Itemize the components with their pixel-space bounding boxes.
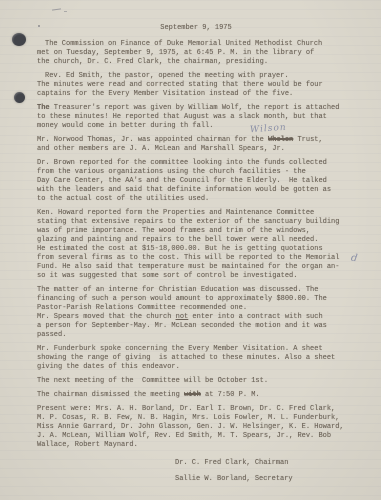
punch-hole-bottom [14, 92, 25, 103]
document-line: J. A. McLean, William Wolf, Rev. Ed Smit… [37, 432, 355, 441]
document-line: with the leaders and said that definite … [37, 186, 355, 195]
underlined-word: not [176, 313, 189, 321]
line-text: Mr. Norwood Thomas, Jr. was appointed ch… [37, 136, 268, 144]
document-line: Mr. Funderburk spoke concerning the Ever… [37, 345, 355, 354]
line-text: Mr. Spears moved that the church [37, 313, 176, 321]
document-line: The minutes were read and corrected stat… [37, 81, 355, 90]
document-line: The chairman dismissed the meeting with … [37, 391, 355, 400]
line-text: The chairman dismissed the meeting [37, 391, 184, 399]
signature-chairman: Dr. C. Fred Clark, Chairman [175, 459, 355, 468]
document-line: He estimated the cost at $15-18,000.00. … [37, 245, 355, 254]
overtyped-word: The [37, 104, 50, 112]
document-line: showing the range of giving is attached … [37, 354, 355, 363]
document-line: from the various organizations using the… [37, 168, 355, 177]
document-line: Day Care Center, the AA's and the Counci… [37, 177, 355, 186]
document-line: the church, Dr. C. Fred Clark, the chair… [37, 58, 355, 67]
document-line: The next meeting of the Committee will b… [37, 377, 355, 386]
document-line: The Commission on Finance of Duke Memori… [37, 40, 355, 49]
document-line: financing of such a person would amount … [37, 295, 355, 304]
document-line: The Treasurer's report was given by Will… [37, 104, 355, 113]
document-line: to these minutes! He reported that Augus… [37, 113, 355, 122]
line-text: at 7:50 P. M. [201, 391, 260, 399]
document-line: to the actual cost of the utilities used… [37, 195, 355, 204]
document-line: met on Tuesday, September 9, 1975, at 6:… [37, 49, 355, 58]
document-line: Ken. Howard reported form the Properties… [37, 209, 355, 218]
document-line: a person for September-May. Mr. McLean s… [37, 322, 355, 331]
punch-hole-top [12, 33, 26, 46]
paragraph-treasurer-report: The Treasurer's report was given by Will… [37, 104, 355, 131]
document-line: from several firms as to the cost. This … [37, 254, 355, 263]
document-line: was of prime importance. The wood frames… [37, 227, 355, 236]
document-line: captains for the Every Member Visitation… [37, 90, 355, 99]
paragraph-opening: The Commission on Finance of Duke Memori… [37, 40, 355, 67]
document-line: Rev. Ed Smith, the pastor, opened the me… [37, 72, 355, 81]
document-line: The matter of an interne for Christian E… [37, 286, 355, 295]
struck-word: with [184, 391, 201, 399]
paragraph-attendance: Present were: Mrs. A. H. Borland, Dr. Ea… [37, 405, 355, 450]
pencil-scribble [64, 11, 67, 12]
document-line: Fund. He also said that temperature must… [37, 263, 355, 272]
document-line: Present were: Mrs. A. H. Borland, Dr. Ea… [37, 405, 355, 414]
document-page: Wilson d September 9, 1975 The Commissio… [0, 0, 381, 500]
paragraph-adjournment: The chairman dismissed the meeting with … [37, 391, 355, 400]
signature-block: Dr. C. Fred Clark, Chairman Sallie W. Bo… [175, 459, 355, 484]
document-line: Pastor-Parish Relations Committee recomm… [37, 304, 355, 313]
document-line: stating that extensive repairs to the ex… [37, 218, 355, 227]
signature-secretary: Sallie W. Borland, Secretary [175, 475, 355, 484]
document-line: giving the dates of this endeavor. [37, 363, 355, 372]
document-line: Dr. Brown reported for the committee loo… [37, 159, 355, 168]
document-line: M. P. Cosas, R. B. Few, N. B. Hagin, Mrs… [37, 414, 355, 423]
paragraph-interne: The matter of an interne for Christian E… [37, 286, 355, 340]
line-text: enter into a contract with such [188, 313, 322, 321]
document-line: Mr. Norwood Thomas, Jr. was appointed ch… [37, 136, 355, 145]
paragraph-next-meeting: The next meeting of the Committee will b… [37, 377, 355, 386]
document-line: Miss Annie Garrard, Dr. John Glasson, Ge… [37, 423, 355, 432]
document-line: glazing and painting and repairs to the … [37, 236, 355, 245]
pencil-scribble [52, 8, 61, 10]
struck-word: Whelen [268, 136, 293, 144]
paragraph-prayer-minutes: Rev. Ed Smith, the pastor, opened the me… [37, 72, 355, 99]
paragraph-trust-appointment: Mr. Norwood Thomas, Jr. was appointed ch… [37, 136, 355, 154]
paragraph-properties-maintenance: Ken. Howard reported form the Properties… [37, 209, 355, 281]
document-line: passed. [37, 331, 355, 340]
document-line: Mr. Spears moved that the church not ent… [37, 313, 355, 322]
line-text: Treasurer's report was given by William … [50, 104, 340, 112]
document-line: so it was suggested that some sort of co… [37, 272, 355, 281]
paragraph-facilities-funds: Dr. Brown reported for the committee loo… [37, 159, 355, 204]
document-date: September 9, 1975 [37, 24, 355, 33]
paragraph-visitation: Mr. Funderburk spoke concerning the Ever… [37, 345, 355, 372]
typed-minutes-body: September 9, 1975 The Commission on Fina… [37, 24, 355, 484]
document-line: and other members are J. A. McLean and M… [37, 145, 355, 154]
document-line: money would come in better during th fal… [37, 122, 355, 131]
line-text: Trust, [293, 136, 322, 144]
document-line: Wallace, Robert Maynard. [37, 441, 355, 450]
